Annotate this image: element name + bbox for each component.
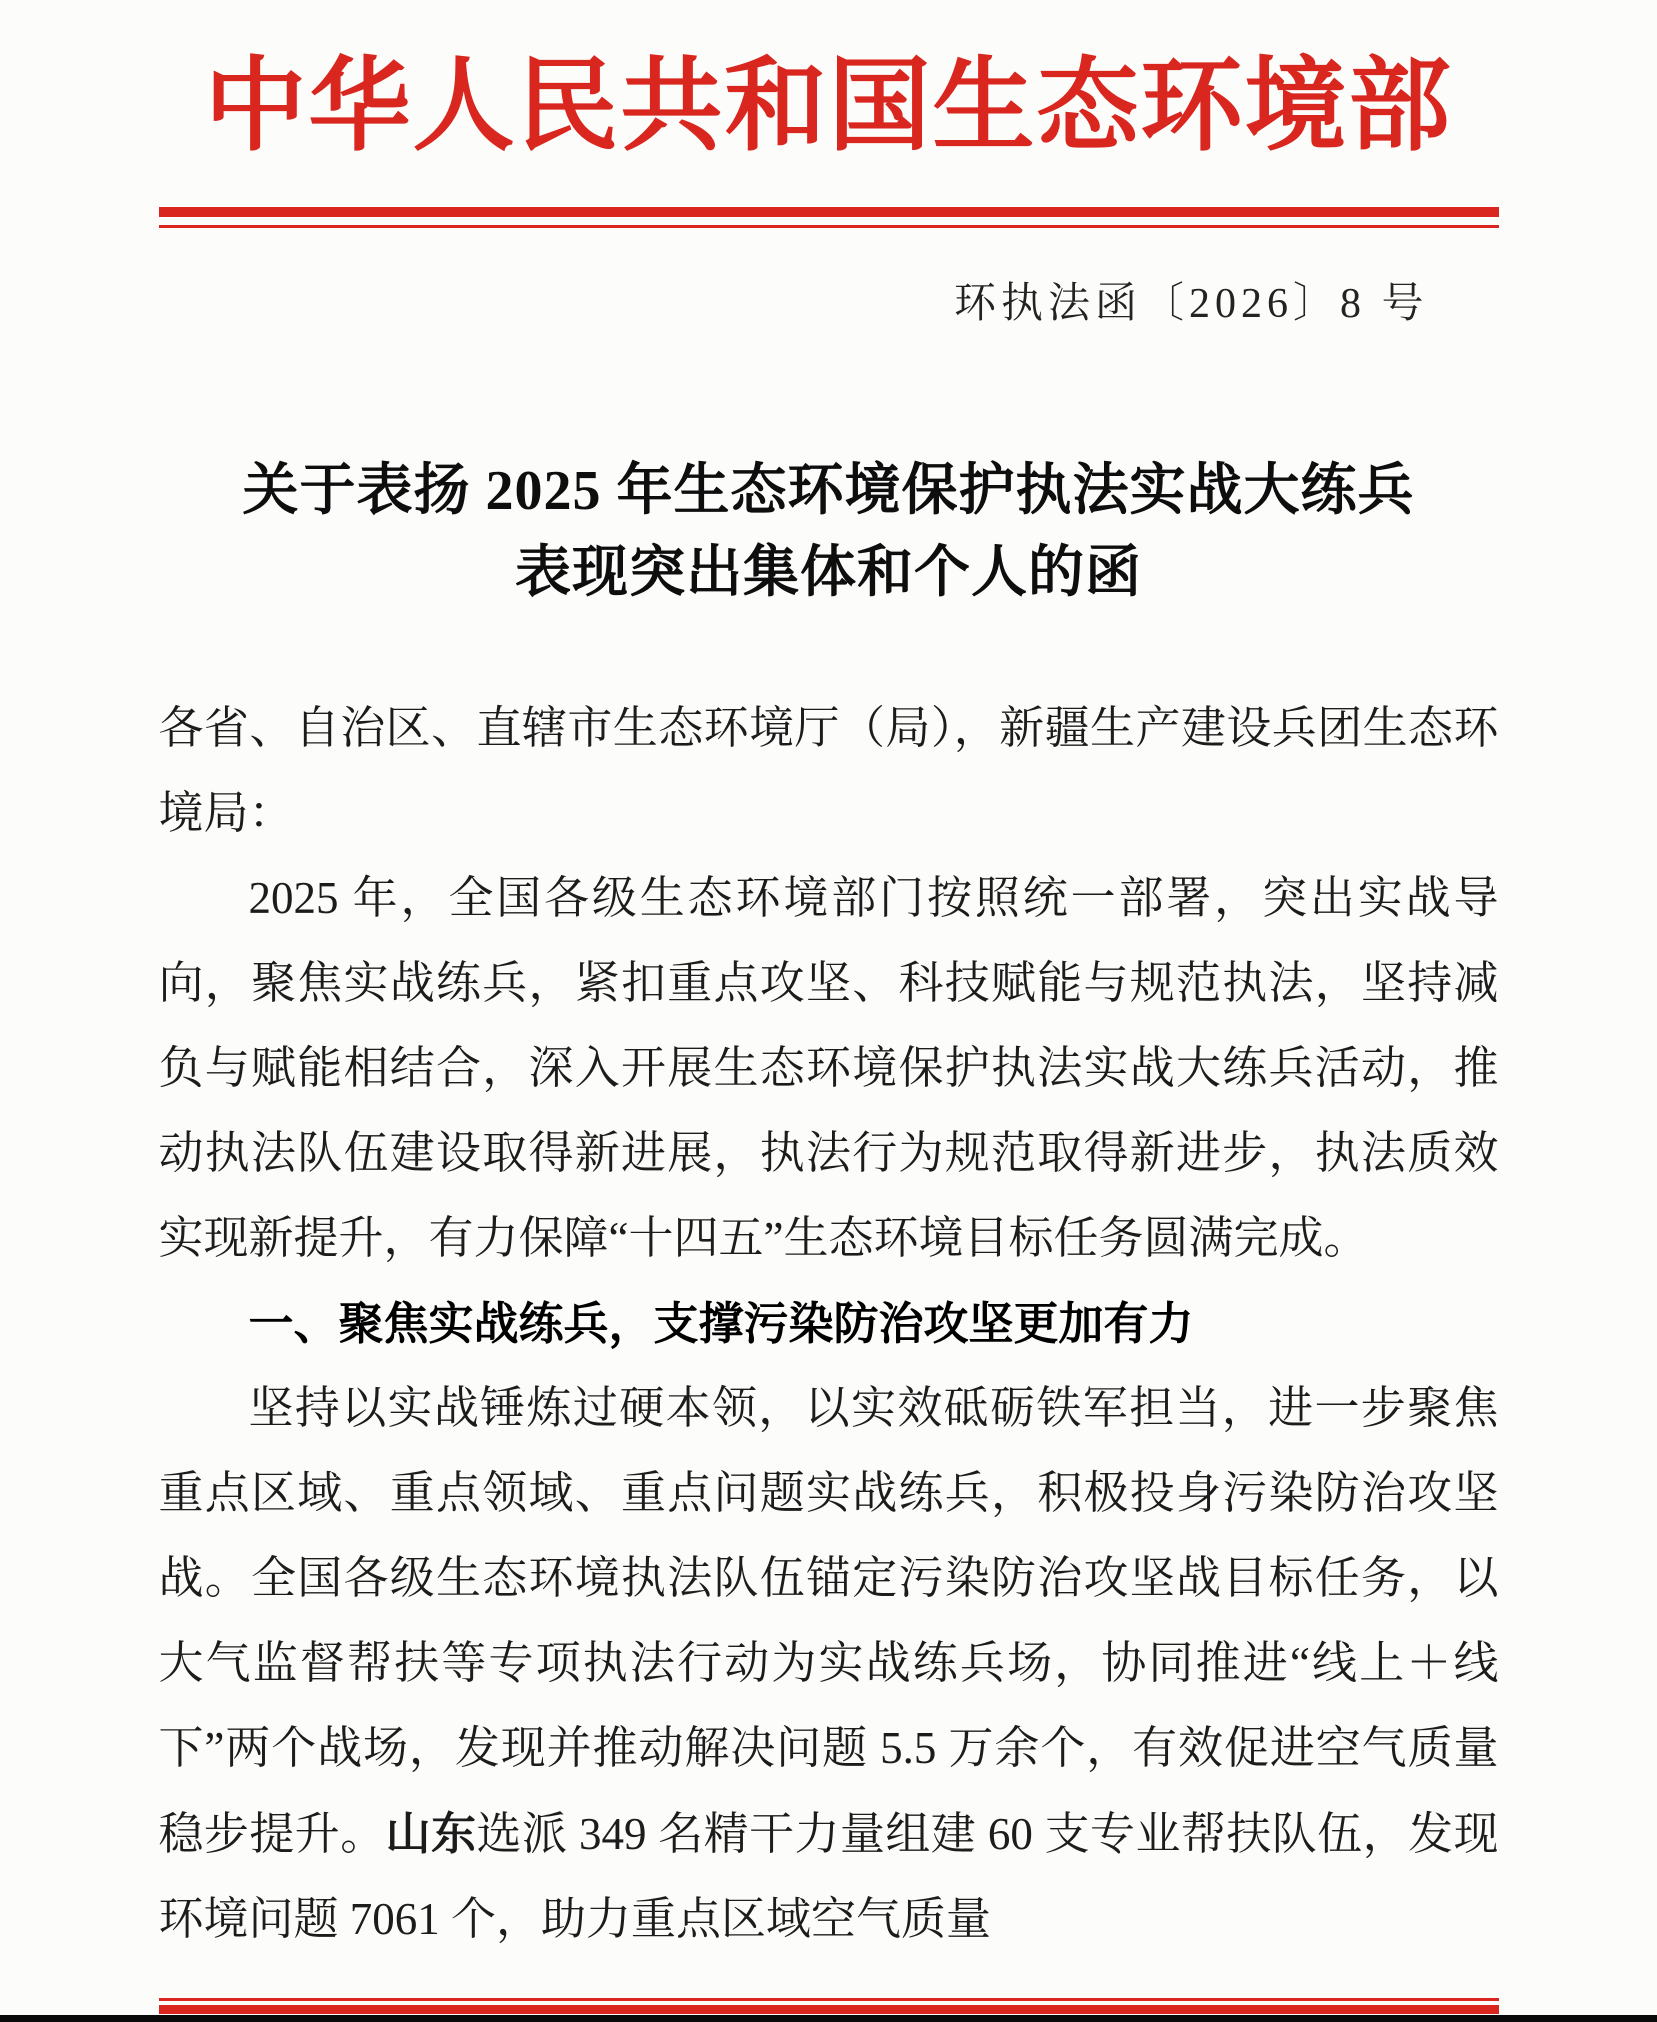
- header-red-rule-thick-line: [159, 207, 1499, 217]
- section-1-paragraph-text: 坚持以实战锤炼过硬本领，以实效砥砺铁军担当，进一步聚焦重点区域、重点领域、重点问…: [159, 1383, 1499, 1859]
- agency-header-title: 中华人民共和国生态环境部: [0, 42, 1657, 175]
- header-red-rule-thin-line: [159, 225, 1499, 228]
- document-title-line-1: 关于表扬 2025 年生态环境保护执法实战大练兵: [0, 450, 1657, 532]
- document-body: 各省、自治区、直辖市生态环境厅（局），新疆生产建设兵团生态环境局： 2025 年…: [159, 686, 1499, 1962]
- salutation-paragraph: 各省、自治区、直辖市生态环境厅（局），新疆生产建设兵团生态环境局：: [159, 686, 1499, 856]
- intro-paragraph: 2025 年，全国各级生态环境部门按照统一部署，突出实战导向，聚焦实战练兵，紧扣…: [159, 856, 1499, 1281]
- footer-red-rule-thick-line: [159, 2005, 1499, 2014]
- section-1-paragraph: 坚持以实战锤炼过硬本领，以实效砥砺铁军担当，进一步聚焦重点区域、重点领域、重点问…: [159, 1366, 1499, 1962]
- province-name-highlight: 山东: [386, 1808, 477, 1859]
- document-title-line-2: 表现突出集体和个人的函: [0, 532, 1657, 614]
- footer-red-rule: [159, 1998, 1499, 2014]
- footer-red-rule-thin-line: [159, 1998, 1499, 2001]
- header-red-rule: [159, 207, 1499, 228]
- official-document-page: 中华人民共和国生态环境部 环执法函〔2026〕8 号 关于表扬 2025 年生态…: [0, 0, 1657, 2022]
- document-title: 关于表扬 2025 年生态环境保护执法实战大练兵 表现突出集体和个人的函: [0, 450, 1657, 615]
- page-bottom-edge: [0, 2015, 1657, 2022]
- section-1-heading: 一、聚焦实战练兵，支撑污染防治攻坚更加有力: [159, 1281, 1499, 1366]
- document-reference-number: 环执法函〔2026〕8 号: [159, 270, 1499, 330]
